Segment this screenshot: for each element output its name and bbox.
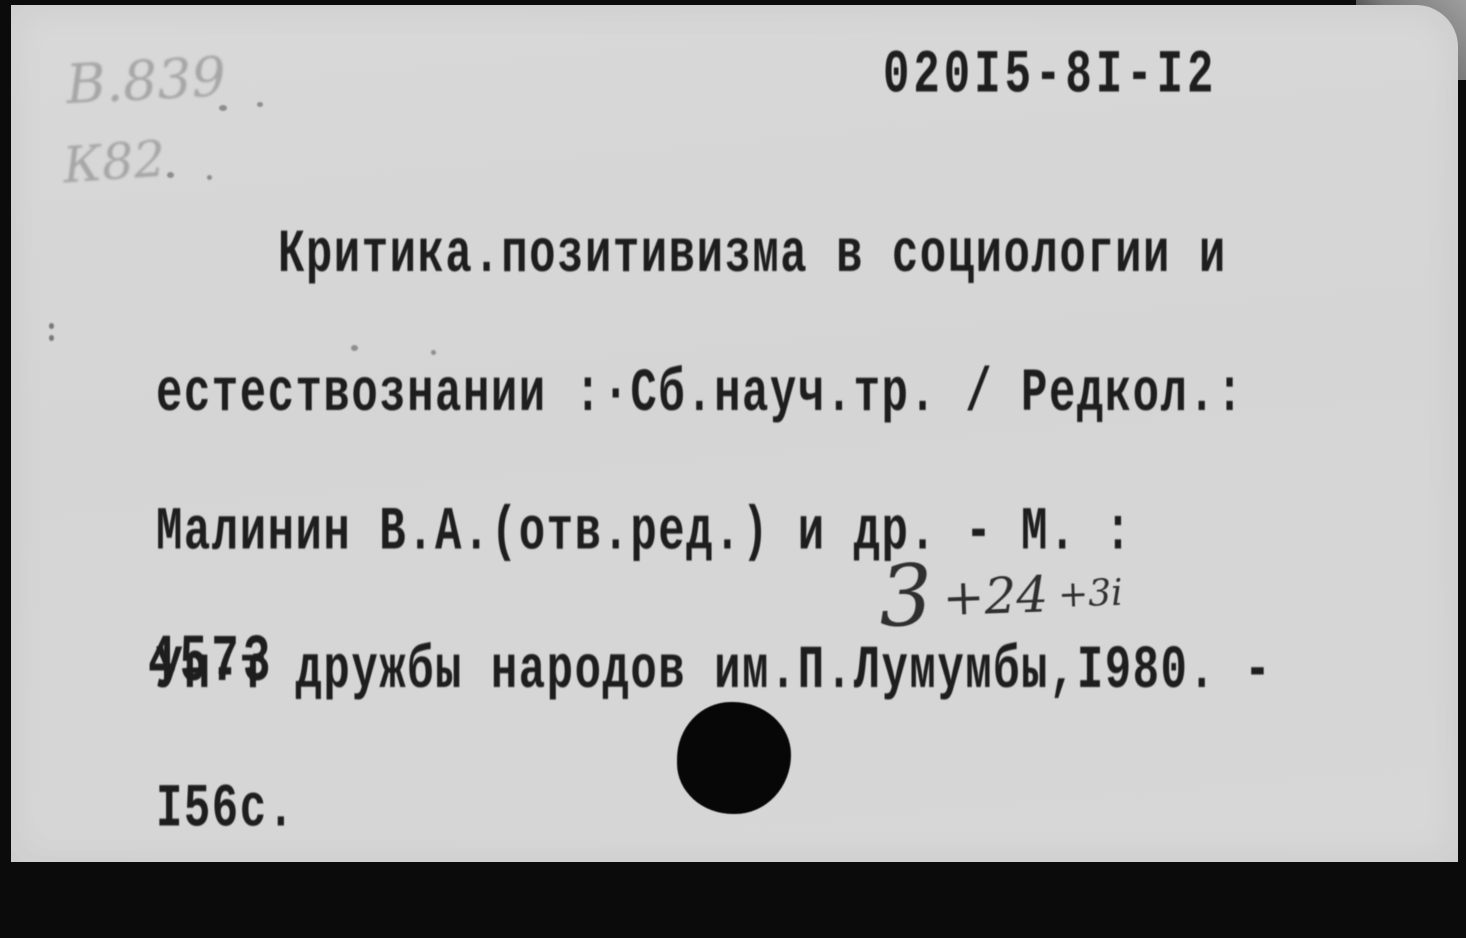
- scan-speck: [219, 105, 227, 111]
- handwritten-note: 3 +24 +3i: [878, 547, 1124, 639]
- entry-line: естествознании :·Сб.науч.тр. / Редкол.:: [156, 372, 1356, 418]
- hole-punch-dot: [677, 702, 791, 814]
- scan-speck: [207, 175, 212, 180]
- scan-speck: [49, 323, 54, 329]
- scan-speck: [431, 350, 436, 355]
- entry-line: Ун-т дружбы народов им.П.Лумумбы,I980. -: [156, 649, 1356, 695]
- catalog-card: В.839 К82 020I5-8I-I2 Критика.позитивизм…: [11, 5, 1458, 862]
- classmark-stamp-bottom: К82: [61, 130, 167, 195]
- handwritten-note-part: 3: [878, 553, 934, 639]
- entry-line: Критика.позитивизма в социологии и: [156, 233, 1356, 279]
- classmark-stamp-top: В.839: [64, 45, 227, 116]
- scan-speck: [167, 172, 174, 178]
- scan-speck: [257, 102, 263, 107]
- handwritten-note-part: +24: [942, 563, 1049, 623]
- call-number: 020I5-8I-I2: [883, 41, 1217, 111]
- scan-speck: [49, 335, 54, 341]
- accession-number: 4573: [148, 625, 274, 700]
- handwritten-note-part: +3i: [1057, 566, 1123, 614]
- scanned-catalog-card-photo: В.839 К82 020I5-8I-I2 Критика.позитивизм…: [0, 0, 1466, 873]
- entry-line: Малинин В.А.(отв.ред.) и др. - М. :: [156, 511, 1356, 557]
- scan-speck: [351, 345, 358, 351]
